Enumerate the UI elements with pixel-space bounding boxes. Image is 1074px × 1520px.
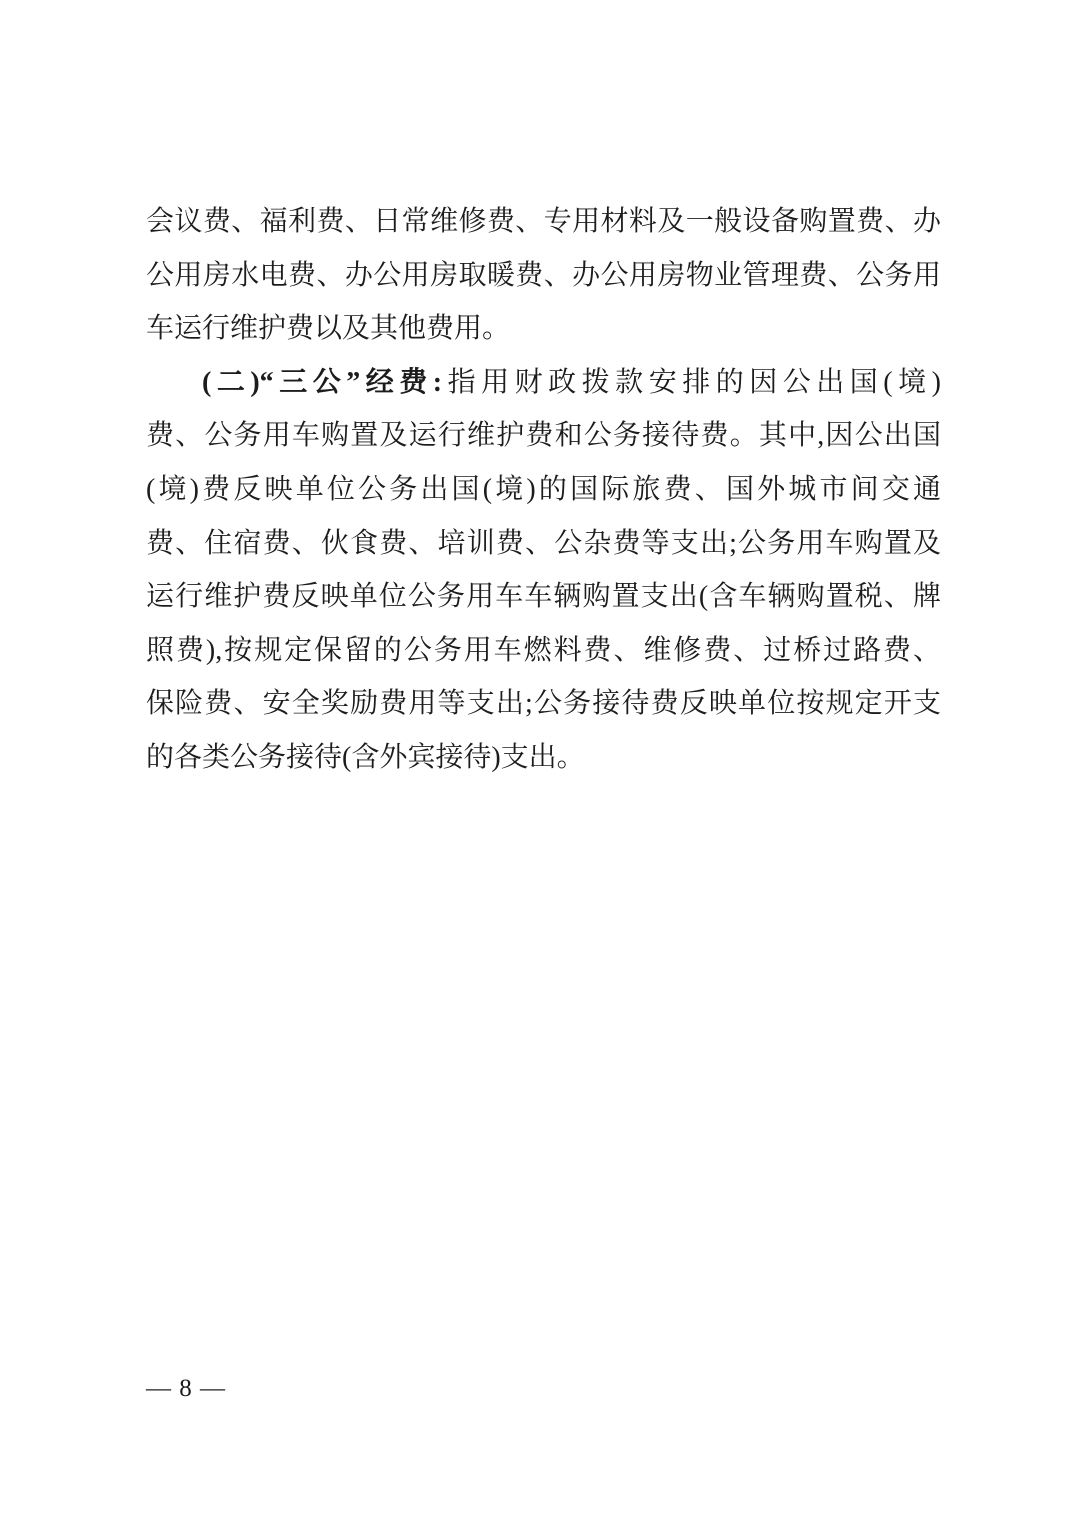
document-line: 照费),按规定保留的公务用车燃料费、维修费、过桥过路费、 <box>146 624 941 678</box>
document-page: 会议费、福利费、日常维修费、专用材料及一般设备购置费、办 公用房水电费、办公用房… <box>0 0 1074 1520</box>
document-line: 的各类公务接待(含外宾接待)支出。 <box>146 731 941 785</box>
document-line: 费、住宿费、伙食费、培训费、公杂费等支出;公务用车购置及 <box>146 517 941 571</box>
document-line-section-heading: (二)“三公”经费:指用财政拨款安排的因公出国(境) <box>146 356 941 410</box>
document-line: 运行维护费反映单位公务用车车辆购置支出(含车辆购置税、牌 <box>146 570 941 624</box>
document-line: 车运行维护费以及其他费用。 <box>146 302 941 356</box>
document-line: 公用房水电费、办公用房取暖费、办公用房物业管理费、公务用 <box>146 249 941 303</box>
document-text-block: 会议费、福利费、日常维修费、专用材料及一般设备购置费、办 公用房水电费、办公用房… <box>146 195 941 785</box>
section-heading-label: (二)“三公”经费: <box>202 367 442 398</box>
document-line-text: 指用财政拨款安排的因公出国(境) <box>442 367 941 398</box>
document-line: 费、公务用车购置及运行维护费和公务接待费。其中,因公出国 <box>146 409 941 463</box>
document-line: 会议费、福利费、日常维修费、专用材料及一般设备购置费、办 <box>146 195 941 249</box>
document-line: 保险费、安全奖励费用等支出;公务接待费反映单位按规定开支 <box>146 677 941 731</box>
document-line: (境)费反映单位公务出国(境)的国际旅费、国外城市间交通 <box>146 463 941 517</box>
page-number: — 8 — <box>146 1374 226 1404</box>
